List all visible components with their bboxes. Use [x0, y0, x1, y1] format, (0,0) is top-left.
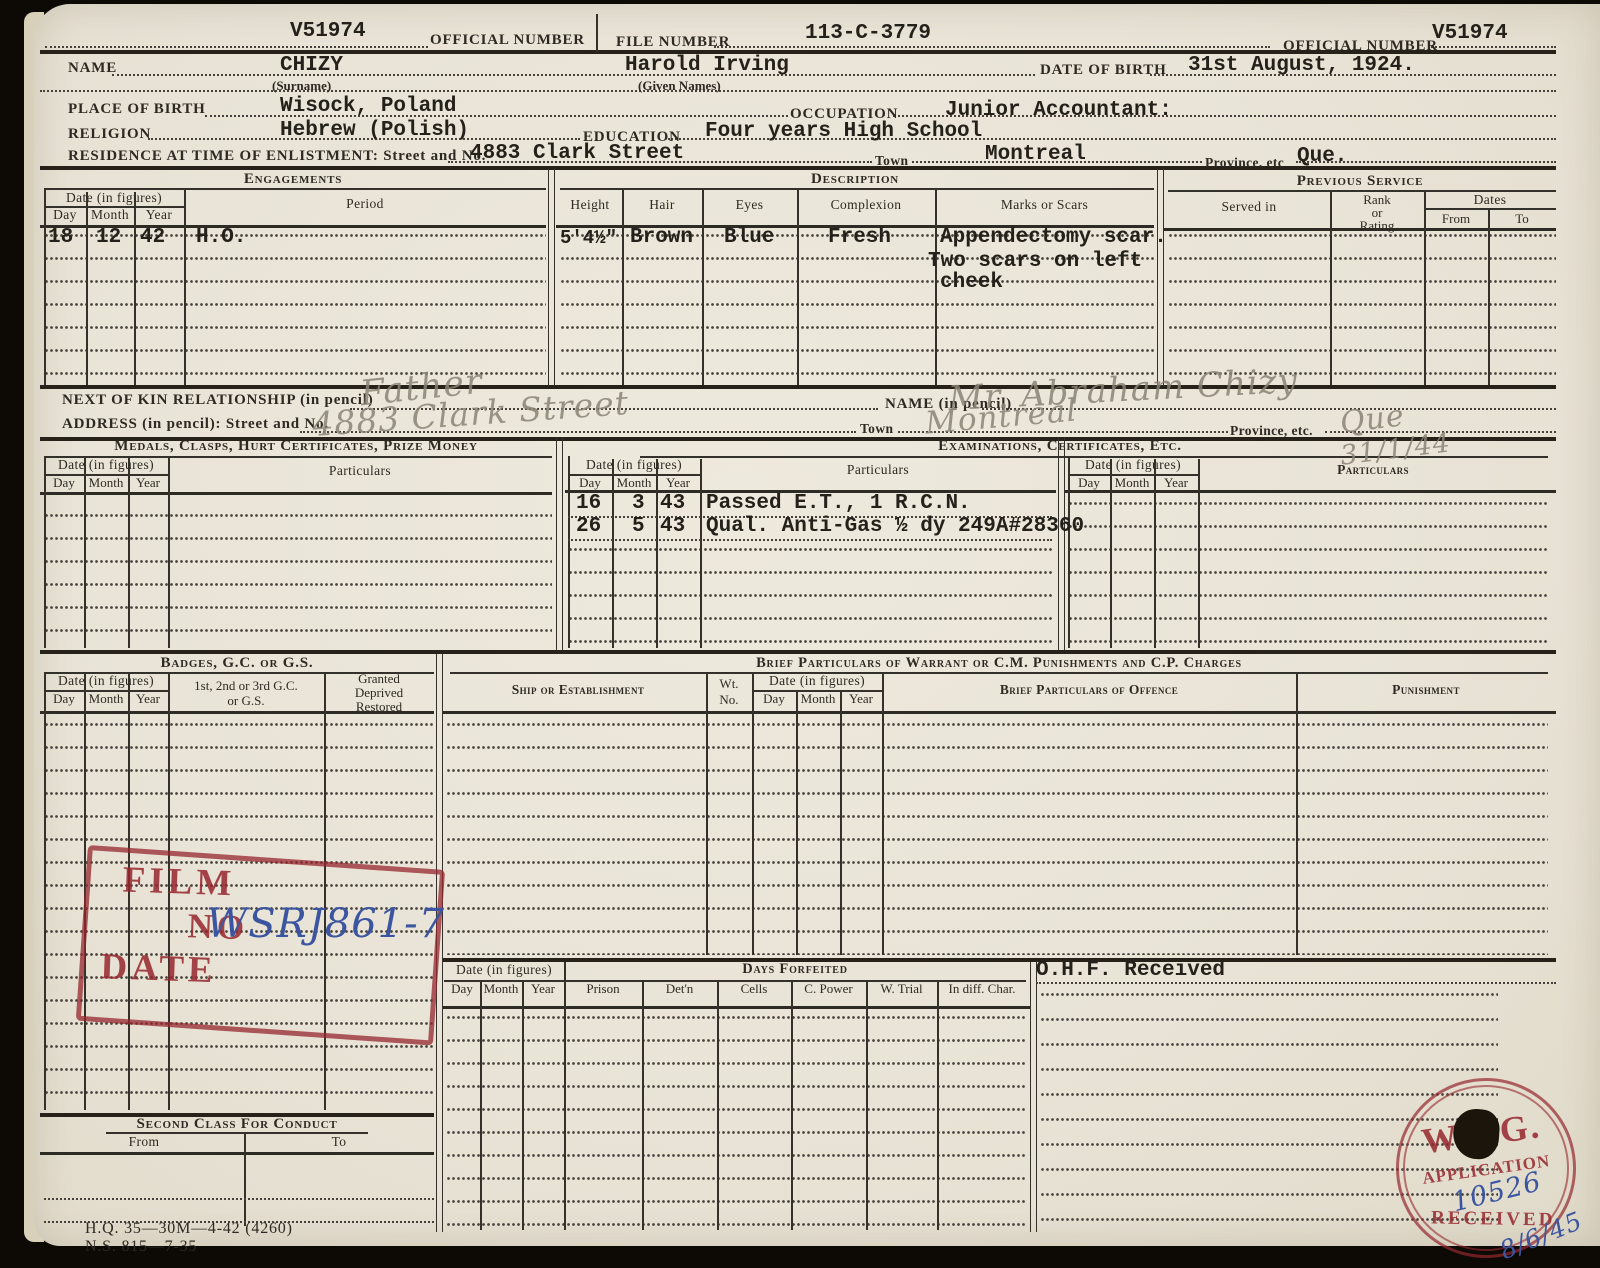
exam-row1-month: 3: [632, 492, 645, 515]
eyes-value: Blue: [724, 226, 774, 249]
dates-from-label: From: [1424, 211, 1488, 227]
dob-label: DATE OF BIRTH: [1040, 62, 1167, 79]
rule: [560, 188, 1154, 190]
rule: [882, 672, 884, 955]
engagements-title: Engagements: [40, 171, 546, 188]
wt-label-2: No.: [706, 692, 752, 708]
prison-label: Prison: [564, 981, 642, 997]
c-power-label: C. Power: [791, 981, 866, 997]
rule: [714, 46, 1270, 48]
engagements-day: Day: [44, 207, 86, 223]
ruled-rows: [446, 713, 1548, 955]
rule: [1030, 962, 1037, 1232]
badges-month: Month: [84, 691, 128, 707]
dates-to-label: To: [1488, 211, 1556, 227]
w-trial-label: W. Trial: [866, 981, 937, 997]
badges-day: Day: [44, 691, 84, 707]
given-names-value: Harold Irving: [625, 54, 789, 77]
exam-row2-particulars: Qual. Anti-Gas ½ dy 249A#28360: [706, 515, 1084, 538]
ruled-rows: [44, 494, 552, 648]
warrant-day: Day: [752, 691, 796, 707]
exam-row2-month: 5: [632, 515, 645, 538]
town-label: Town: [875, 153, 908, 169]
religion-value: Hebrew (Polish): [280, 119, 469, 142]
engagement-year-value: 42: [140, 226, 165, 249]
second-class-from-label: From: [44, 1134, 244, 1150]
rule: [1058, 437, 1065, 650]
file-number-label: FILE NUMBER: [616, 34, 730, 51]
town-value: Montreal: [985, 143, 1086, 166]
rule: [706, 672, 708, 955]
exam-right-day: Day: [1068, 475, 1110, 491]
rule: [935, 188, 937, 385]
wsg-received-stamp: W.S.G. APPLICATION 10526 RECEIVED 8/6/45: [1384, 1066, 1587, 1268]
second-class-title: Second Class For Conduct: [40, 1116, 434, 1133]
religion-label: RELIGION: [68, 126, 151, 143]
surname-value: CHIZY: [280, 54, 343, 77]
rule: [548, 168, 555, 386]
marks-value-3: cheek: [940, 271, 1003, 294]
rule: [717, 980, 719, 1230]
previous-service-title: Previous Service: [1164, 173, 1556, 190]
rule: [112, 74, 1035, 76]
rule: [796, 690, 798, 955]
ohf-received-value: O.H.F. Received: [1036, 959, 1225, 982]
engagement-day-value: 18: [48, 226, 73, 249]
ship-label: Ship or Establishment: [450, 682, 706, 698]
rule: [797, 188, 799, 385]
days-forfeited-title: Days Forfeited: [564, 961, 1026, 978]
file-number-value: 113-C-3779: [805, 22, 931, 45]
medals-title: Medals, Clasps, Hurt Certificates, Prize…: [40, 438, 552, 455]
daysf-date-header: Date (in figures): [444, 962, 564, 978]
occupation-value: Junior Accountant:: [945, 99, 1172, 122]
rule: [840, 690, 842, 955]
exam-left-year: Year: [656, 475, 700, 491]
official-number-label-left: OFFICIAL NUMBER: [430, 32, 585, 49]
exam-right-date-header: Date (in figures): [1068, 457, 1198, 473]
exam-right-month: Month: [1110, 475, 1154, 491]
daysf-month: Month: [480, 981, 522, 997]
exam-row1-year: 43: [660, 492, 685, 515]
rule: [442, 1006, 1030, 1009]
exam-left-day: Day: [568, 475, 612, 491]
complexion-value: Fresh: [828, 226, 891, 249]
rule: [1424, 208, 1556, 210]
ruled-rows: [446, 1008, 1026, 1230]
education-value: Four years High School: [705, 120, 982, 143]
rule: [642, 980, 644, 1230]
rule: [40, 1152, 434, 1155]
rule: [622, 188, 624, 385]
rule: [45, 46, 428, 48]
nok-province-label: Province, etc.: [1230, 423, 1313, 439]
offence-label: Brief Particulars of Offence: [882, 682, 1296, 698]
height-value: 5'4½": [560, 227, 617, 249]
ruled-rows: [1068, 493, 1548, 648]
hair-label: Hair: [622, 197, 702, 213]
film-stamp-word-film: FILM: [122, 858, 236, 905]
rule: [568, 539, 1052, 541]
nok-address-label: ADDRESS (in pencil): Street and No.: [62, 416, 329, 433]
medals-day: Day: [44, 475, 84, 491]
film-number-handwriting: WSRJ861-7: [206, 901, 445, 947]
rule: [40, 90, 1556, 92]
form-number-ns: N.S. 815—7-35: [85, 1238, 197, 1256]
medals-year: Year: [128, 475, 168, 491]
residence-label: RESIDENCE AT TIME OF ENLISTMENT: Street …: [68, 148, 486, 165]
marks-label: Marks or Scars: [935, 197, 1154, 213]
badges-gc-label-1: 1st, 2nd or 3rd G.C.: [168, 678, 324, 694]
pob-label: PLACE OF BIRTH: [68, 101, 206, 118]
in-diff-char-label: In diff. Char.: [937, 981, 1027, 997]
complexion-label: Complexion: [797, 197, 935, 213]
exam-left-month: Month: [612, 475, 656, 491]
engagements-month: Month: [86, 207, 134, 223]
medals-date-header: Date (in figures): [44, 457, 168, 473]
dob-value: 31st August, 1924.: [1188, 54, 1415, 77]
ruled-rows: [568, 541, 1052, 648]
official-number-value-left: V51974: [290, 20, 366, 43]
dates-label: Dates: [1424, 192, 1556, 208]
medals-particulars-label: Particulars: [168, 463, 552, 479]
rule: [1036, 982, 1556, 984]
rule: [1296, 672, 1298, 955]
rule: [556, 437, 563, 650]
rule: [1157, 168, 1164, 386]
official-number-label-right: OFFICIAL NUMBER: [1283, 38, 1438, 55]
punishment-label: Punishment: [1296, 682, 1556, 698]
warrant-month: Month: [796, 691, 840, 707]
badges-gc-label-2: or G.S.: [168, 693, 324, 709]
ruled-rows: [44, 227, 546, 384]
wt-label-1: Wt.: [706, 676, 752, 692]
engagements-period-label: Period: [184, 196, 546, 212]
rule: [40, 650, 1556, 654]
detn-label: Det'n: [642, 981, 717, 997]
province-label: Province, etc: [1205, 155, 1284, 171]
eyes-label: Eyes: [702, 197, 797, 213]
hair-value: Brown: [630, 226, 693, 249]
name-label: NAME: [68, 60, 117, 77]
engagement-period-value: H.O.: [196, 226, 246, 249]
warrant-title: Brief Particulars of Warrant or C.M. Pun…: [442, 655, 1556, 672]
film-stamp-word-date: DATE: [100, 945, 217, 992]
given-names-caption: (Given Names): [638, 78, 721, 94]
rule: [450, 672, 1548, 674]
medals-month: Month: [84, 475, 128, 491]
badges-year: Year: [128, 691, 168, 707]
description-title: Description: [556, 171, 1154, 188]
rule: [1198, 459, 1200, 648]
film-number-stamp: FILM NO DATE WSRJ861-7: [76, 845, 445, 1046]
rule: [700, 459, 702, 648]
ruled-rows: [1168, 229, 1556, 384]
rule: [184, 188, 186, 385]
engagements-year: Year: [134, 207, 184, 223]
exam-row1-day: 16: [576, 492, 601, 515]
exam-left-date-header: Date (in figures): [568, 457, 700, 473]
daysf-year: Year: [522, 981, 564, 997]
rule: [1488, 208, 1490, 385]
cells-label: Cells: [717, 981, 791, 997]
rule: [40, 492, 552, 495]
engagements-date-header: Date (in figures): [44, 190, 184, 206]
rule: [596, 14, 598, 52]
served-in-label: Served in: [1168, 199, 1330, 215]
exam-row2-day: 26: [576, 515, 601, 538]
surname-caption: (Surname): [272, 78, 331, 94]
nok-town-label: Town: [860, 421, 893, 437]
rule: [44, 1198, 434, 1200]
marks-value-1: Appendectomy scar.: [940, 226, 1167, 249]
engagement-month-value: 12: [96, 226, 121, 249]
rule: [702, 188, 704, 385]
province-value: Que.: [1297, 145, 1347, 168]
official-number-value-right: V51974: [1432, 22, 1508, 45]
badges-restored-label: Restored: [324, 699, 434, 715]
daysf-day: Day: [444, 981, 480, 997]
marks-value-2: Two scars on left: [928, 250, 1142, 273]
exam-row1-particulars: Passed E.T., 1 R.C.N.: [706, 492, 971, 515]
second-class-to-label: To: [244, 1134, 434, 1150]
rule: [791, 980, 793, 1230]
rule: [522, 980, 524, 1230]
rule: [442, 711, 1556, 714]
badges-title: Badges, G.C. or G.S.: [40, 655, 434, 672]
rule: [1428, 46, 1556, 48]
rule: [866, 980, 868, 1230]
warrant-date-header: Date (in figures): [752, 673, 882, 689]
rule: [44, 672, 46, 1110]
rule: [564, 962, 566, 1230]
exam-row2-year: 43: [660, 515, 685, 538]
rule: [937, 980, 939, 1230]
rule: [168, 456, 170, 648]
rule: [40, 385, 1556, 389]
residence-value: 4883 Clark Street: [470, 142, 684, 165]
badges-date-header: Date (in figures): [44, 673, 168, 689]
rule: [752, 672, 754, 955]
service-record-card: V51974 OFFICIAL NUMBER FILE NUMBER 113-C…: [0, 0, 1600, 1268]
height-label: Height: [558, 197, 622, 213]
exam-left-particulars-label: Particulars: [700, 462, 1056, 478]
exam-right-year: Year: [1154, 475, 1198, 491]
form-number-hq: H.Q. 35—30M—4-42 (4260): [85, 1220, 293, 1238]
pob-value: Wisock, Poland: [280, 95, 456, 118]
rank-label-3: Rating: [1330, 218, 1424, 234]
rule: [480, 980, 482, 1230]
warrant-year: Year: [840, 691, 882, 707]
